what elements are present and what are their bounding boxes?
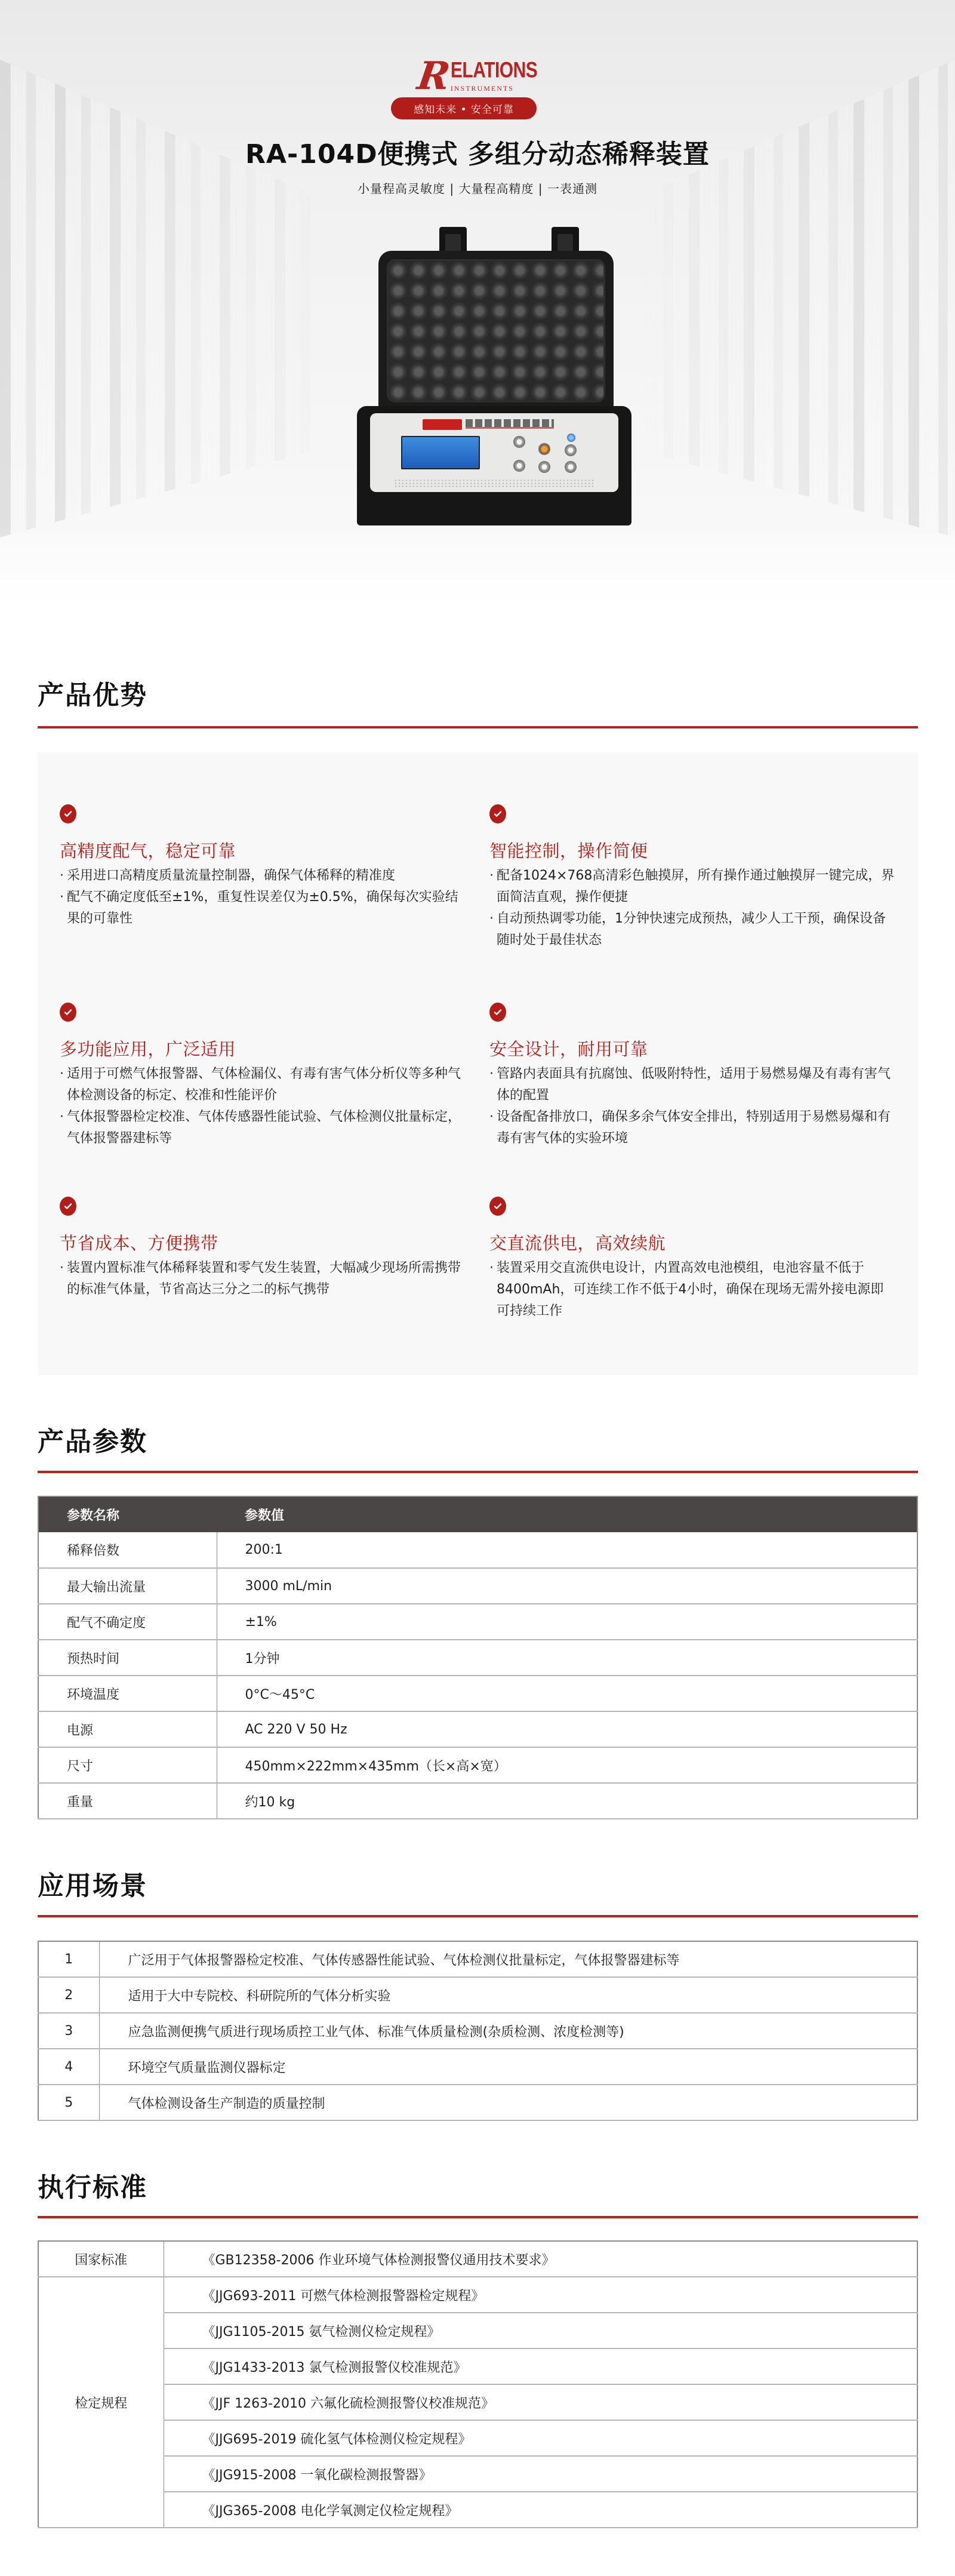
standard-item: 《JJG695-2019 硫化氢气体检测仪检定规程》 xyxy=(164,2420,917,2456)
param-name: 配气不确定度 xyxy=(38,1604,217,1640)
table-row: 电源AC 220 V 50 Hz xyxy=(38,1711,917,1747)
table-row: 《JJG695-2019 硫化氢气体检测仪检定规程》 xyxy=(38,2420,917,2456)
advantage-card: 高精度配气，稳定可靠 采用进口高精度质量流量控制器，确保气体稀释的精准度 配气不… xyxy=(60,804,466,930)
advantage-card: 交直流供电，高效续航 装置采用交直流供电设计，内置高效电池模组，电池容量不低于8… xyxy=(489,1197,895,1322)
standard-item: 《JJG693-2011 可燃气体检测报警器检定规程》 xyxy=(164,2277,917,2313)
advantage-bullet: 适用于可燃气体报警器、气体检漏仪、有毒有害气体分析仪等多种气体检测设备的标定、校… xyxy=(60,1063,466,1106)
check-circle-icon xyxy=(60,1197,76,1216)
advantage-title: 节省成本、方便携带 xyxy=(60,1232,466,1254)
table-row: 稀释倍数200:1 xyxy=(38,1532,917,1568)
check-circle-icon xyxy=(489,1197,506,1216)
table-row: 1广泛用于气体报警器检定校准、气体传感器性能试验、气体检测仪批量标定，气体报警器… xyxy=(38,1941,917,1977)
param-name: 最大输出流量 xyxy=(38,1568,217,1604)
table-row: 最大输出流量 3000 mL/min xyxy=(38,1568,917,1604)
param-value: 450mm×222mm×435mm（长×高×宽） xyxy=(217,1747,917,1783)
param-value: 1分钟 xyxy=(217,1640,917,1676)
column-header: 参数值 xyxy=(217,1496,917,1532)
advantage-bullet: 装置采用交直流供电设计，内置高效电池模组，电池容量不低于8400mAh，可连续工… xyxy=(489,1258,895,1322)
table-row: 《JJG365-2008 电化学氧测定仪检定规程》 xyxy=(38,2492,917,2528)
table-header-row: 参数名称 参数值 xyxy=(38,1496,917,1532)
check-circle-icon xyxy=(489,804,506,823)
standard-item: 《GB12358-2006 作业环境气体检测报警仪通用技术要求》 xyxy=(164,2241,917,2277)
advantage-title: 多功能应用，广泛适用 xyxy=(60,1038,466,1060)
standard-category: 国家标准 xyxy=(38,2241,164,2277)
section-divider xyxy=(38,2216,918,2218)
row-number: 3 xyxy=(38,2013,99,2049)
standard-item: 《JJG915-2008 一氧化碳检测报警器》 xyxy=(164,2456,917,2492)
table-row: 《JJG915-2008 一氧化碳检测报警器》 xyxy=(38,2456,917,2492)
row-number: 2 xyxy=(38,1977,99,2013)
section-title-applications: 应用场景 xyxy=(38,1864,147,1902)
param-value: 约10 kg xyxy=(217,1783,917,1819)
advantage-bullet: 装置内置标准气体稀释装置和零气发生装置，大幅减少现场所需携带的标准气体量，节省高… xyxy=(60,1258,466,1301)
check-circle-icon xyxy=(489,1003,506,1022)
row-number: 1 xyxy=(38,1941,99,1977)
param-value: 3000 mL/min xyxy=(217,1568,917,1604)
advantage-card: 智能控制，操作简便 配备1024×768高清彩色触摸屏，所有操作通过触摸屏一键完… xyxy=(489,804,895,951)
param-name: 环境温度 xyxy=(38,1676,217,1711)
table-row: 《JJG1105-2015 氨气检测仪检定规程》 xyxy=(38,2313,917,2348)
application-text: 气体检测设备生产制造的质量控制 xyxy=(99,2085,917,2120)
table-row: 4环境空气质量监测仪器标定 xyxy=(38,2049,917,2085)
standard-category: 检定规程 xyxy=(38,2277,164,2528)
param-name: 稀释倍数 xyxy=(38,1532,217,1568)
table-row: 3应急监测便携气质进行现场质控工业气体、标准气体质量检测(杂质检测、浓度检测等) xyxy=(38,2013,917,2049)
standard-item: 《JJG1105-2015 氨气检测仪检定规程》 xyxy=(164,2313,917,2348)
section-divider xyxy=(38,726,918,728)
content-sections: 产品优势 高精度配气，稳定可靠 采用进口高精度质量流量控制器，确保气体稀释的精准… xyxy=(0,0,955,1943)
advantage-title: 高精度配气，稳定可靠 xyxy=(60,840,466,862)
advantage-bullet: 管路内表面具有抗腐蚀、低吸附特性，适用于易燃易爆及有毒有害气体的配置 xyxy=(489,1063,895,1106)
section-divider xyxy=(38,1915,918,1917)
advantage-title: 交直流供电，高效续航 xyxy=(489,1232,895,1254)
advantages-panel: 高精度配气，稳定可靠 采用进口高精度质量流量控制器，确保气体稀释的精准度 配气不… xyxy=(38,752,918,1375)
section-title-standards: 执行标准 xyxy=(38,2166,147,2204)
advantage-title: 智能控制，操作简便 xyxy=(489,840,895,862)
advantage-card: 安全设计，耐用可靠 管路内表面具有抗腐蚀、低吸附特性，适用于易燃易爆及有毒有害气… xyxy=(489,1003,895,1149)
advantage-bullet: 采用进口高精度质量流量控制器，确保气体稀释的精准度 xyxy=(60,865,466,887)
param-name: 电源 xyxy=(38,1711,217,1747)
section-divider xyxy=(38,1471,918,1473)
param-value: 200:1 xyxy=(217,1532,917,1568)
table-row: 检定规程 《JJG693-2011 可燃气体检测报警器检定规程》 xyxy=(38,2277,917,2313)
table-row: 《JJG1433-2013 氯气检测报警仪校准规范》 xyxy=(38,2348,917,2384)
table-row: 环境温度0°C～45°C xyxy=(38,1676,917,1711)
param-name: 预热时间 xyxy=(38,1640,217,1676)
advantage-bullet: 设备配备排放口，确保多余气体安全排出，特别适用于易燃易爆和有毒有害气体的实验环境 xyxy=(489,1106,895,1149)
param-value: 0°C～45°C xyxy=(217,1676,917,1711)
param-name: 尺寸 xyxy=(38,1747,217,1783)
column-header: 参数名称 xyxy=(38,1496,217,1532)
table-row: 配气不确定度±1% xyxy=(38,1604,917,1640)
advantage-card: 多功能应用，广泛适用 适用于可燃气体报警器、气体检漏仪、有毒有害气体分析仪等多种… xyxy=(60,1003,466,1149)
check-circle-icon xyxy=(60,804,76,823)
standard-item: 《JJG1433-2013 氯气检测报警仪校准规范》 xyxy=(164,2348,917,2384)
section-title-parameters: 产品参数 xyxy=(38,1420,147,1458)
row-number: 4 xyxy=(38,2049,99,2085)
row-number: 5 xyxy=(38,2085,99,2120)
advantage-bullet: 自动预热调零功能，1分钟快速完成预热，减少人工干预，确保设备随时处于最佳状态 xyxy=(489,908,895,951)
table-row: 尺寸450mm×222mm×435mm（长×高×宽） xyxy=(38,1747,917,1783)
advantage-card: 节省成本、方便携带 装置内置标准气体稀释装置和零气发生装置，大幅减少现场所需携带… xyxy=(60,1197,466,1301)
table-row: 重量约10 kg xyxy=(38,1783,917,1819)
table-row: 5气体检测设备生产制造的质量控制 xyxy=(38,2085,917,2120)
param-value: ±1% xyxy=(217,1604,917,1640)
table-row: 国家标准 《GB12358-2006 作业环境气体检测报警仪通用技术要求》 xyxy=(38,2241,917,2277)
application-text: 广泛用于气体报警器检定校准、气体传感器性能试验、气体检测仪批量标定，气体报警器建… xyxy=(99,1941,917,1977)
parameters-table: 参数名称 参数值 稀释倍数200:1 最大输出流量 3000 mL/min 配气… xyxy=(38,1496,918,1819)
advantage-title: 安全设计，耐用可靠 xyxy=(489,1038,895,1060)
application-text: 应急监测便携气质进行现场质控工业气体、标准气体质量检测(杂质检测、浓度检测等) xyxy=(99,2013,917,2049)
application-text: 适用于大中专院校、科研院所的气体分析实验 xyxy=(99,1977,917,2013)
param-name: 重量 xyxy=(38,1783,217,1819)
advantage-bullet: 配气不确定度低至±1%，重复性误差仅为±0.5%，确保每次实验结果的可靠性 xyxy=(60,887,466,930)
table-row: 2适用于大中专院校、科研院所的气体分析实验 xyxy=(38,1977,917,2013)
application-text: 环境空气质量监测仪器标定 xyxy=(99,2049,917,2085)
applications-table: 1广泛用于气体报警器检定校准、气体传感器性能试验、气体检测仪批量标定，气体报警器… xyxy=(38,1941,918,2121)
standard-item: 《JJF 1263-2010 六氟化硫检测报警仪校准规范》 xyxy=(164,2384,917,2420)
table-row: 《JJF 1263-2010 六氟化硫检测报警仪校准规范》 xyxy=(38,2384,917,2420)
check-circle-icon xyxy=(60,1003,76,1022)
param-value: AC 220 V 50 Hz xyxy=(217,1711,917,1747)
advantage-bullet: 配备1024×768高清彩色触摸屏，所有操作通过触摸屏一键完成，界面简洁直观，操… xyxy=(489,865,895,908)
section-title-advantages: 产品优势 xyxy=(38,674,147,712)
standards-table: 国家标准 《GB12358-2006 作业环境气体检测报警仪通用技术要求》 检定… xyxy=(38,2240,918,2528)
table-row: 预热时间1分钟 xyxy=(38,1640,917,1676)
standard-item: 《JJG365-2008 电化学氧测定仪检定规程》 xyxy=(164,2492,917,2528)
advantage-bullet: 气体报警器检定校准、气体传感器性能试验、气体检测仪批量标定，气体报警器建标等 xyxy=(60,1106,466,1149)
